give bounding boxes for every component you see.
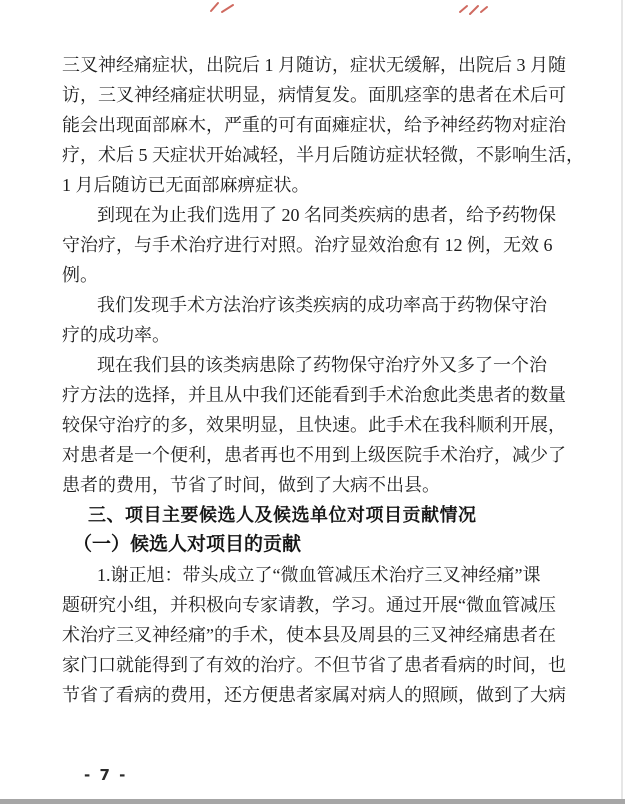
body-line: 较保守治疗的多，效果明显，且快速。此手术在我科顺利开展， [62,410,570,440]
body-line: 节省了看病的费用，还方便患者家属对病人的照顾，做到了大病 [62,680,570,710]
body-line: 三叉神经痛症状，出院后 1 月随访，症状无缓解，出院后 3 月随 [62,50,570,80]
red-pen-stroke [460,6,487,14]
body-line: 到现在为止我们选用了 20 名同类疾病的患者，给予药物保 [62,200,570,230]
body-line: 疗的成功率。 [62,320,570,350]
document-body: 三叉神经痛症状，出院后 1 月随访，症状无缓解，出院后 3 月随 访，三叉神经痛… [62,50,570,710]
body-line: 1 月后随访已无面部麻痹症状。 [62,170,570,200]
body-line: 患者的费用，节省了时间，做到了大病不出县。 [62,470,570,500]
red-pen-stroke [211,3,233,12]
body-line: 对患者是一个便利，患者再也不用到上级医院手术治疗，减少了 [62,440,570,470]
subsection-heading: （一）候选人对项目的贡献 [62,530,570,560]
body-line: 家门口就能得到了有效的治疗。不但节省了患者看病的时间，也 [62,650,570,680]
red-pen-mark [208,1,236,19]
body-line: 题研究小组，并积极向专家请教，学习。通过开展“微血管减压 [62,590,570,620]
body-line: 疗方法的选择，并且从中我们还能看到手术治愈此类患者的数量 [62,380,570,410]
body-line: 能会出现面部麻木，严重的可有面瘫症状，给予神经药物对症治 [62,110,570,140]
page-number: - 7 - [84,766,127,784]
body-line: 例。 [62,260,570,290]
page-bottom-edge [0,799,625,804]
page-right-edge [621,0,623,804]
body-line: 术治疗三叉神经痛”的手术，使本县及周县的三叉神经痛患者在 [62,620,570,650]
body-line: 守治疗，与手术治疗进行对照。治疗显效治愈有 12 例，无效 6 [62,230,570,260]
body-line: 疗，术后 5 天症状开始减轻，半月后随访症状轻微，不影响生活， [62,140,570,170]
red-pen-mark [458,3,490,21]
section-heading: 三、项目主要候选人及候选单位对项目贡献情况 [62,500,570,530]
body-line: 访，三叉神经痛症状明显，病情复发。面肌痉挛的患者在术后可 [62,80,570,110]
body-line: 1.谢正旭：带头成立了“微血管减压术治疗三叉神经痛”课 [62,560,570,590]
body-line: 我们发现手术方法治疗该类疾病的成功率高于药物保守治 [62,290,570,320]
document-page: 三叉神经痛症状，出院后 1 月随访，症状无缓解，出院后 3 月随 访，三叉神经痛… [0,0,625,804]
body-line: 现在我们县的该类病患除了药物保守治疗外又多了一个治 [62,350,570,380]
